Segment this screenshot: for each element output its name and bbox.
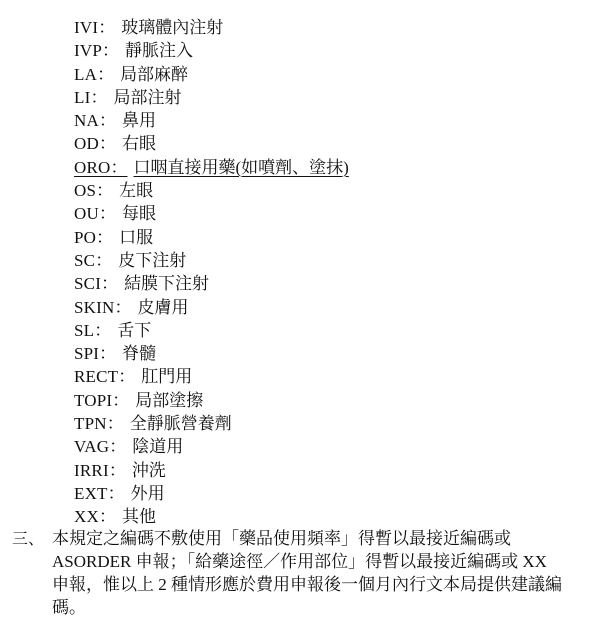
route-code: IVI <box>74 18 98 37</box>
separator: ： <box>94 321 111 340</box>
route-item-na: NA：鼻用 <box>74 109 349 132</box>
route-code: XX <box>74 507 99 526</box>
note-body: 本規定之編碼不敷使用「藥品使用頻率」得暫以最接近編碼或 ASORDER 申報；「… <box>52 527 594 619</box>
note-line: 申報，惟以上 2 種情形應於費用申報後一個月內行文本局提供建議編 <box>52 573 594 596</box>
separator: ： <box>99 204 116 223</box>
route-description: 脊髓 <box>122 344 156 363</box>
route-code: OU <box>74 204 99 223</box>
route-code: LI <box>74 88 90 107</box>
route-code-list: IVI：玻璃體內注射 IVP：靜脈注入 LA：局部麻醉 LI：局部注射 NA：鼻… <box>74 16 349 529</box>
route-code: PO <box>74 228 96 247</box>
route-item-ext: EXT：外用 <box>74 482 349 505</box>
route-description: 玻璃體內注射 <box>121 18 223 37</box>
route-code: NA <box>74 111 99 130</box>
route-code: RECT <box>74 367 118 386</box>
route-item-sci: SCI：結膜下注射 <box>74 272 349 295</box>
note-line: 本規定之編碼不敷使用「藥品使用頻率」得暫以最接近編碼或 <box>52 527 594 550</box>
separator: ： <box>111 158 128 177</box>
route-item-ivi: IVI：玻璃體內注射 <box>74 16 349 39</box>
route-description: 陰道用 <box>132 437 183 456</box>
route-description: 左眼 <box>119 181 153 200</box>
route-item-sc: SC：皮下注射 <box>74 249 349 272</box>
separator: ： <box>99 507 116 526</box>
route-code: ORO <box>74 158 111 177</box>
separator: ： <box>98 18 115 37</box>
separator: ： <box>97 65 114 84</box>
separator: ： <box>96 228 113 247</box>
separator: ： <box>118 367 135 386</box>
route-code: OS <box>74 181 96 200</box>
route-code: SKIN <box>74 298 114 317</box>
route-description: 局部麻醉 <box>120 65 188 84</box>
route-item-oro: ORO：口咽直接用藥(如噴劑、塗抹) <box>74 156 349 179</box>
route-description: 全靜脈營養劑 <box>130 414 232 433</box>
route-code: TPN <box>74 414 107 433</box>
separator: ： <box>101 274 118 293</box>
route-description: 舌下 <box>117 321 151 340</box>
route-code: SC <box>74 251 95 270</box>
route-code: OD <box>74 134 99 153</box>
route-item-tpn: TPN：全靜脈營養劑 <box>74 412 349 435</box>
separator: ： <box>99 134 116 153</box>
route-description: 局部注射 <box>113 88 181 107</box>
route-item-od: OD：右眼 <box>74 132 349 155</box>
route-description: 靜脈注入 <box>125 41 193 60</box>
separator: ： <box>107 414 124 433</box>
route-item-xx: XX：其他 <box>74 505 349 528</box>
route-description: 沖洗 <box>132 461 166 480</box>
separator: ： <box>108 484 125 503</box>
separator: ： <box>99 344 116 363</box>
route-description: 局部塗擦 <box>135 391 203 410</box>
route-code: IVP <box>74 41 102 60</box>
route-description: 其他 <box>122 507 156 526</box>
route-code: TOPI <box>74 391 112 410</box>
route-item-irri: IRRI：沖洗 <box>74 459 349 482</box>
route-item-po: PO：口服 <box>74 226 349 249</box>
note-number-marker: 三、 <box>12 527 44 550</box>
separator: ： <box>109 461 126 480</box>
separator: ： <box>90 88 107 107</box>
separator: ： <box>112 391 129 410</box>
route-item-ivp: IVP：靜脈注入 <box>74 39 349 62</box>
separator: ： <box>114 298 131 317</box>
route-description: 口服 <box>119 228 153 247</box>
route-item-os: OS：左眼 <box>74 179 349 202</box>
route-description: 皮下注射 <box>118 251 186 270</box>
route-code: IRRI <box>74 461 109 480</box>
route-description: 口咽直接用藥(如噴劑、塗抹) <box>134 158 349 177</box>
route-description: 肛門用 <box>141 367 192 386</box>
route-code: LA <box>74 65 97 84</box>
route-item-ou: OU：每眼 <box>74 202 349 225</box>
route-description: 結膜下注射 <box>124 274 209 293</box>
separator: ： <box>109 437 126 456</box>
route-code: EXT <box>74 484 108 503</box>
separator: ： <box>102 41 119 60</box>
route-code: SCI <box>74 274 101 293</box>
route-description: 外用 <box>131 484 165 503</box>
separator: ： <box>95 251 112 270</box>
route-item-rect: RECT：肛門用 <box>74 365 349 388</box>
route-code: SL <box>74 321 94 340</box>
note-line: ASORDER 申報；「給藥途徑／作用部位」得暫以最接近編碼或 XX <box>52 550 594 573</box>
note-line: 碼。 <box>52 596 594 619</box>
route-description: 右眼 <box>122 134 156 153</box>
route-item-li: LI：局部注射 <box>74 86 349 109</box>
route-item-spi: SPI：脊髓 <box>74 342 349 365</box>
route-item-sl: SL：舌下 <box>74 319 349 342</box>
route-code: VAG <box>74 437 109 456</box>
separator: ： <box>99 111 116 130</box>
route-description: 每眼 <box>122 204 156 223</box>
route-item-skin: SKIN：皮膚用 <box>74 296 349 319</box>
route-item-la: LA：局部麻醉 <box>74 63 349 86</box>
route-item-vag: VAG：陰道用 <box>74 435 349 458</box>
separator: ： <box>96 181 113 200</box>
route-item-topi: TOPI：局部塗擦 <box>74 389 349 412</box>
route-description: 皮膚用 <box>137 298 188 317</box>
route-code: SPI <box>74 344 99 363</box>
route-description: 鼻用 <box>122 111 156 130</box>
